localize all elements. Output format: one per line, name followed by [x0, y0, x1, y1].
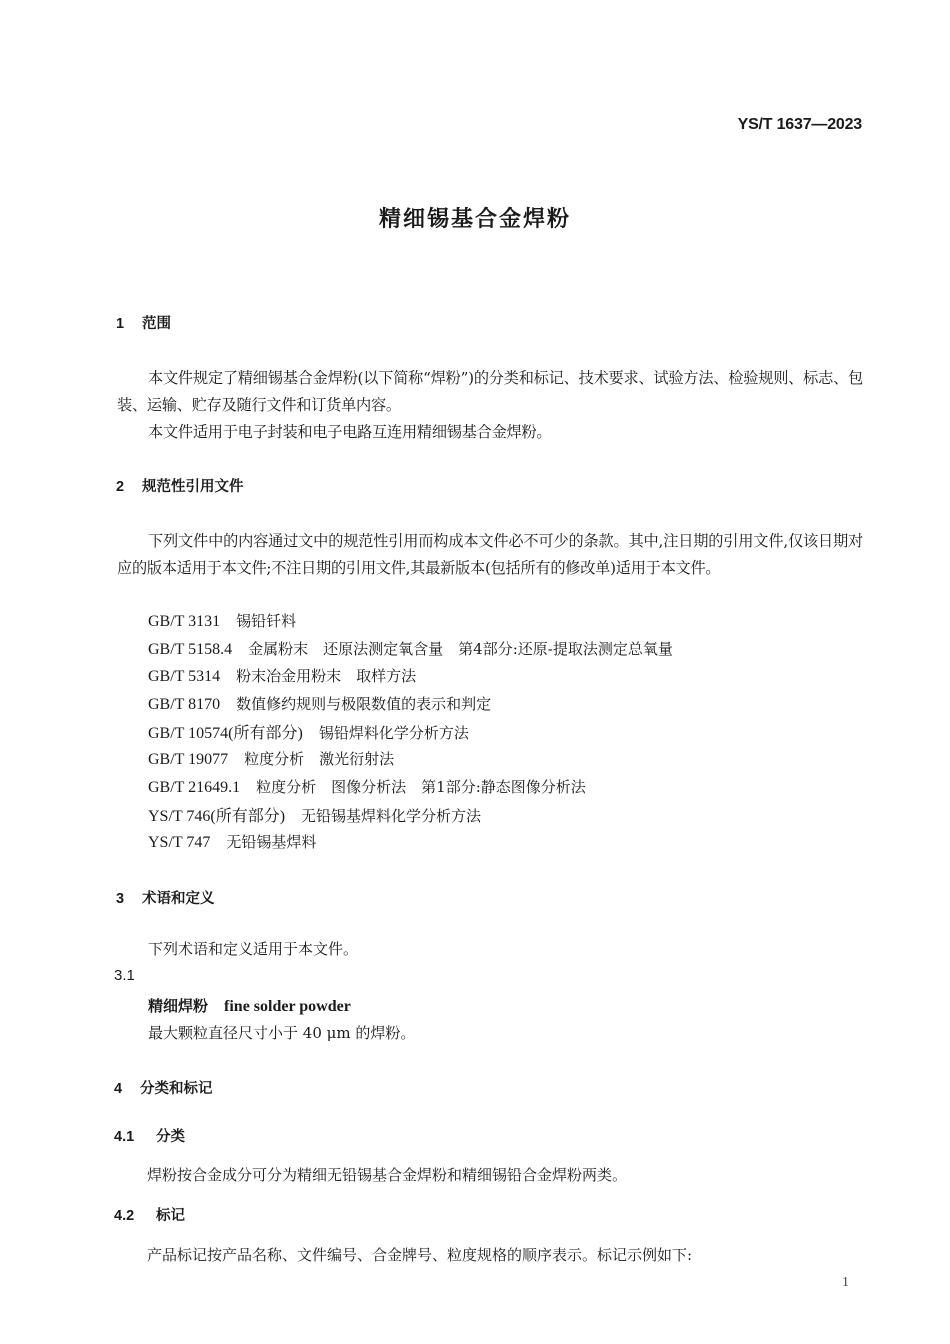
section-number: 3 [116, 891, 142, 907]
page-number: 1 [842, 1275, 849, 1291]
section-title: 术语和定义 [142, 891, 215, 907]
term-number: 3.1 [114, 967, 135, 984]
standard-number: YS/T 1637—2023 [738, 116, 862, 134]
subsection-number: 4.1 [114, 1129, 156, 1145]
term-definition: 最大颗粒直径尺寸小于 40 μm 的焊粉。 [148, 1022, 415, 1043]
subsection-4-1-text: 焊粉按合金成分可分为精细无铅锡基合金焊粉和精细锡铅合金焊粉两类。 [147, 1164, 627, 1185]
section-1-paragraph-2: 本文件适用于电子封装和电子电路互连用精细锡基合金焊粉。 [117, 419, 863, 446]
section-title: 范围 [142, 316, 171, 332]
reference-item: GB/T 5158.4金属粉末 还原法测定氧含量 第4部分:还原-提取法测定总氧… [148, 638, 673, 659]
reference-item: GB/T 5314粉末冶金用粉末 取样方法 [148, 665, 416, 686]
term-heading: 精细焊粉fine solder powder [148, 995, 351, 1016]
subsection-number: 4.2 [114, 1208, 156, 1224]
section-number: 2 [116, 479, 142, 495]
subsection-4-1-heading: 4.1分类 [114, 1125, 185, 1146]
section-2-intro: 下列文件中的内容通过文中的规范性引用而构成本文件必不可少的条款。其中,注日期的引… [117, 528, 863, 582]
section-1-heading: 1范围 [116, 312, 171, 333]
subsection-4-2-heading: 4.2标记 [114, 1204, 185, 1225]
reference-item: GB/T 8170数值修约规则与极限数值的表示和判定 [148, 693, 491, 714]
term-en: fine solder powder [224, 998, 351, 1015]
term-zh: 精细焊粉 [148, 997, 208, 1015]
subsection-title: 标记 [156, 1208, 185, 1224]
section-number: 1 [116, 316, 142, 332]
section-2-heading: 2规范性引用文件 [116, 475, 244, 496]
reference-item: YS/T 746(所有部分)无铅锡基焊料化学分析方法 [148, 803, 481, 826]
section-4-heading: 4分类和标记 [114, 1077, 213, 1098]
reference-item: GB/T 10574(所有部分)锡铅焊料化学分析方法 [148, 720, 469, 743]
section-3-intro: 下列术语和定义适用于本文件。 [148, 938, 358, 959]
section-title: 规范性引用文件 [142, 479, 244, 495]
reference-item: GB/T 3131锡铅钎料 [148, 610, 296, 631]
reference-item: GB/T 19077粒度分析 激光衍射法 [148, 748, 394, 769]
subsection-title: 分类 [156, 1129, 185, 1145]
reference-item: YS/T 747无铅锡基焊料 [148, 831, 316, 852]
section-1-paragraph-1: 本文件规定了精细锡基合金焊粉(以下简称“焊粉”)的分类和标记、技术要求、试验方法… [117, 365, 863, 419]
document-title: 精细锡基合金焊粉 [0, 202, 950, 233]
reference-item: GB/T 21649.1粒度分析 图像分析法 第1部分:静态图像分析法 [148, 776, 586, 797]
subsection-4-2-text: 产品标记按产品名称、文件编号、合金牌号、粒度规格的顺序表示。标记示例如下: [147, 1244, 692, 1265]
section-3-heading: 3术语和定义 [116, 887, 215, 908]
section-number: 4 [114, 1081, 140, 1097]
document-page: YS/T 1637—2023 精细锡基合金焊粉 1范围 本文件规定了精细锡基合金… [0, 0, 950, 1344]
section-title: 分类和标记 [140, 1081, 213, 1097]
